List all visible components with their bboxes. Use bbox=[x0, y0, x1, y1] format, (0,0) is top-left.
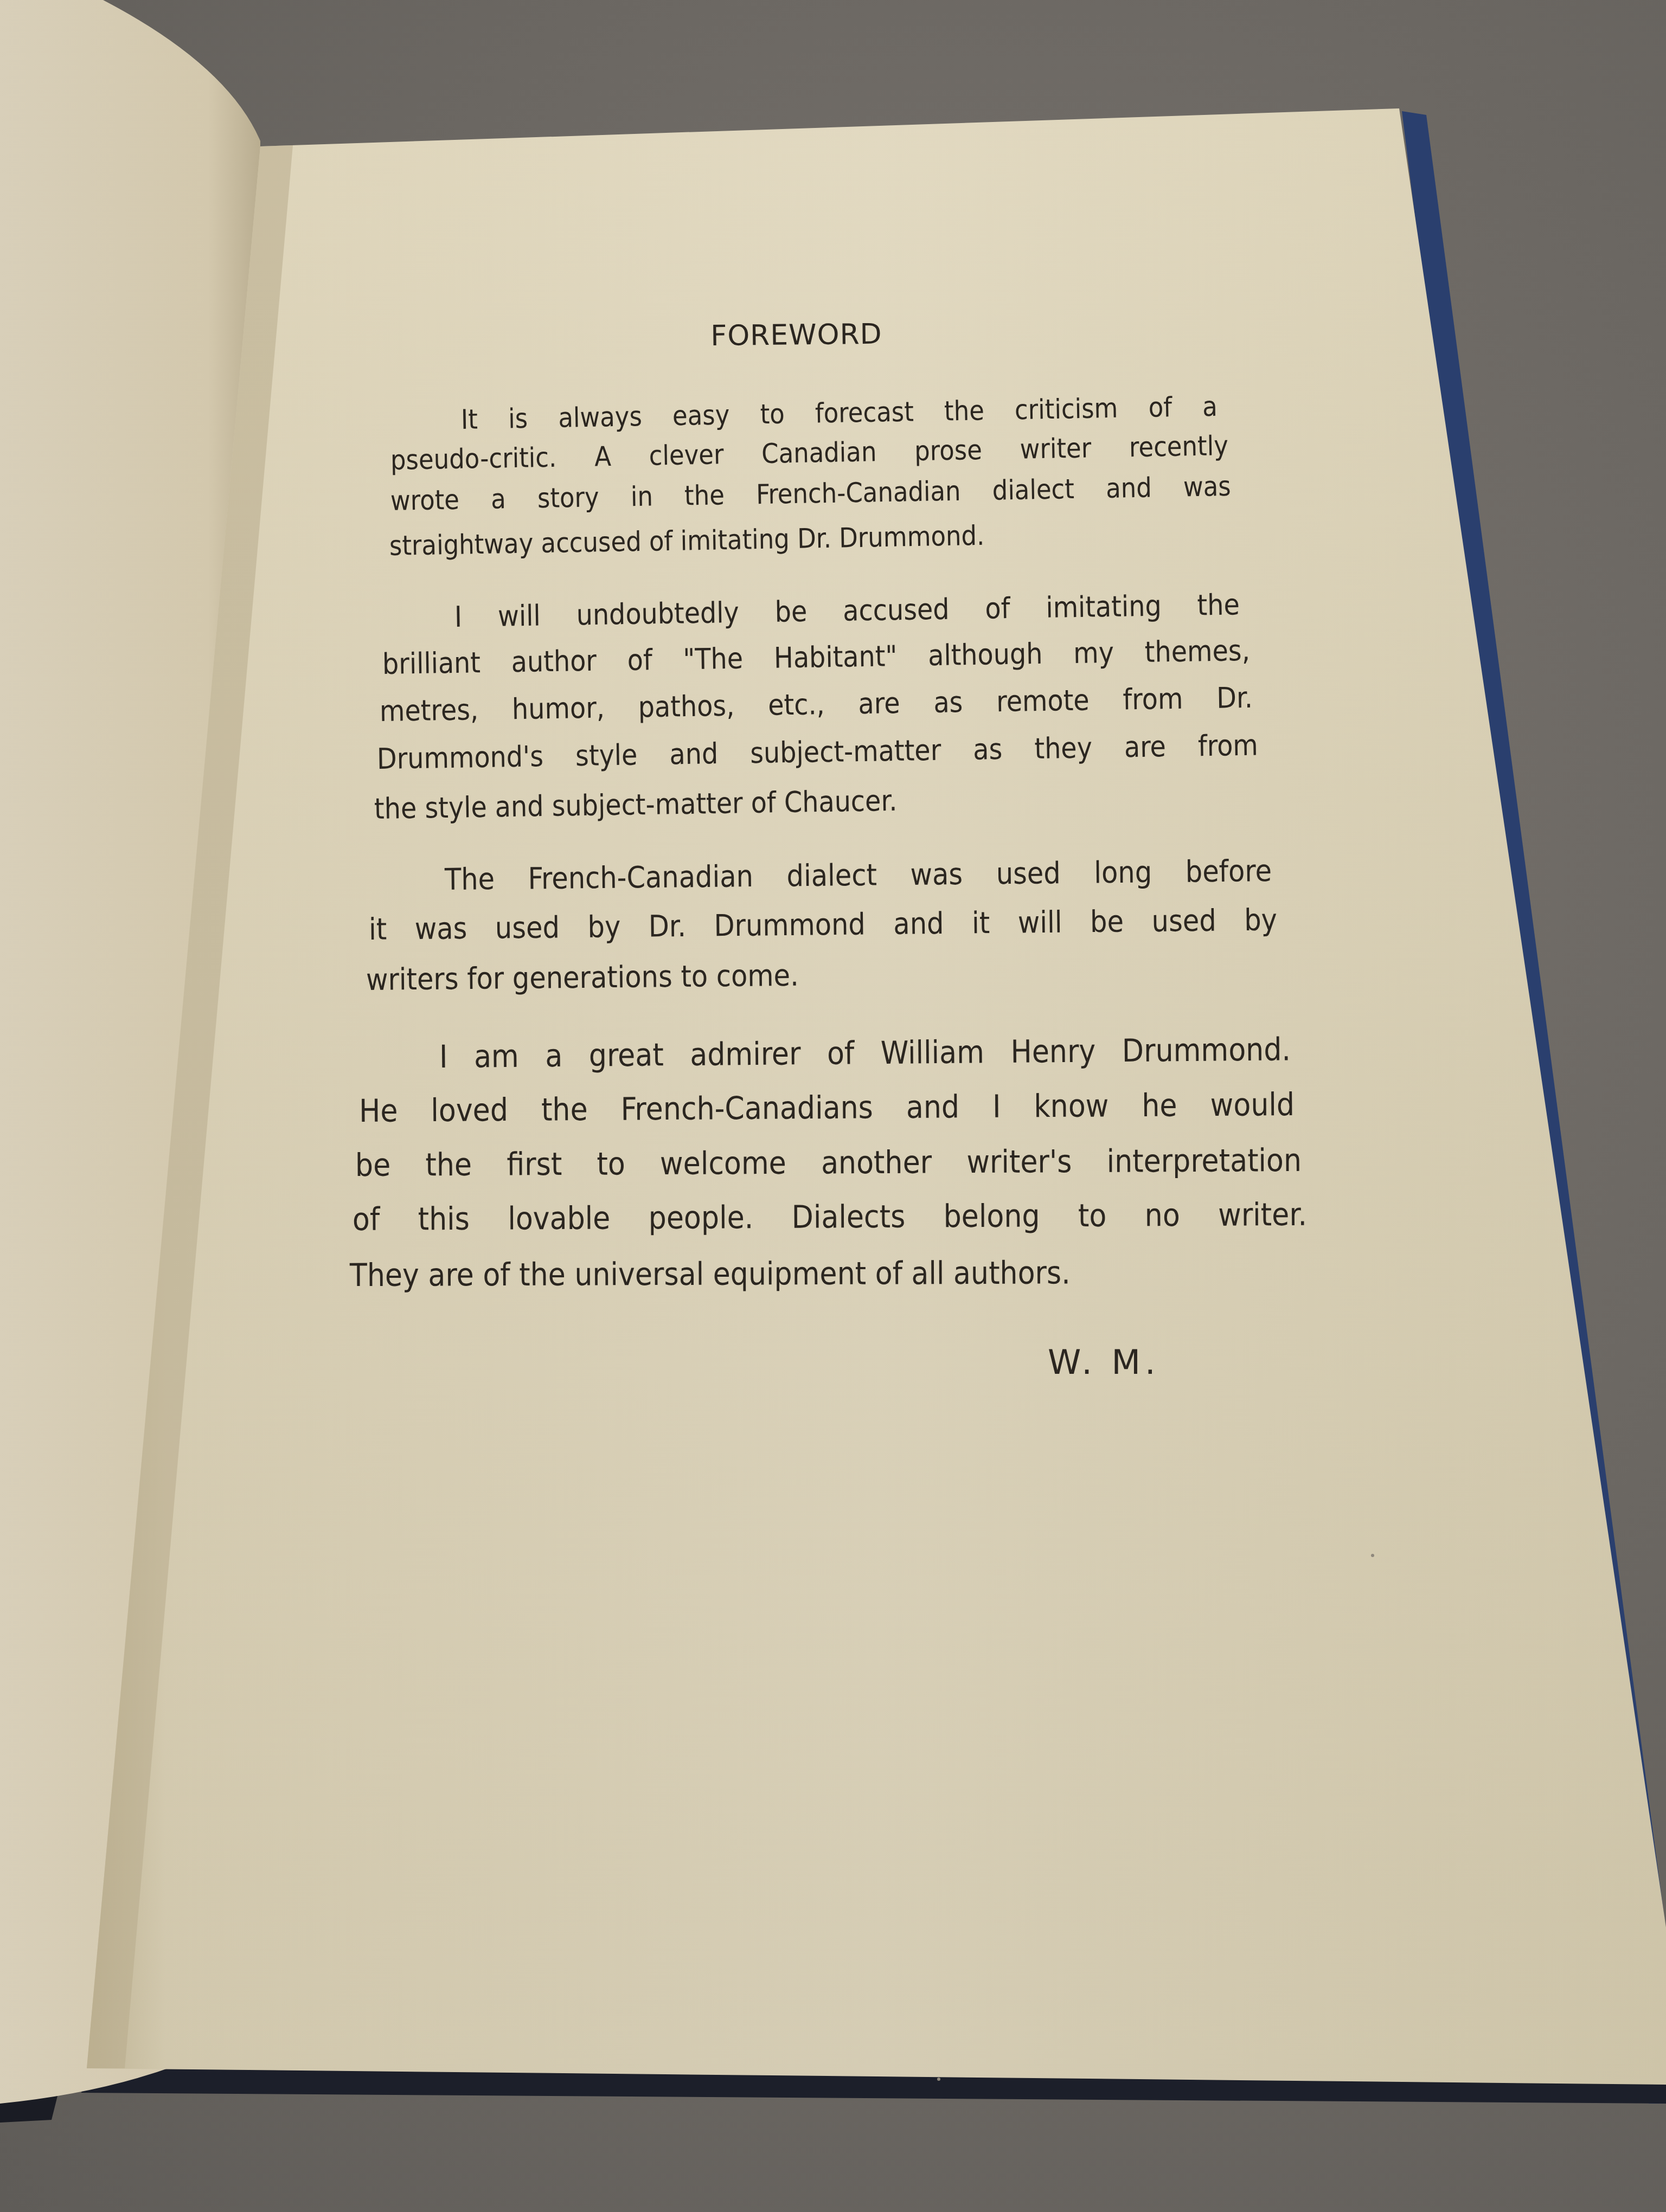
text-line: I will undoubtedly be accused of imitati… bbox=[454, 588, 1240, 634]
text-line: I am a great admirer of William Henry Dr… bbox=[439, 1031, 1291, 1075]
text-line: wrote a story in the French-Canadian dia… bbox=[390, 471, 1231, 517]
text-line: They are of the universal equipment of a… bbox=[350, 1253, 1234, 1294]
text-line: pseudo-critic. A clever Canadian prose w… bbox=[390, 430, 1228, 476]
text-line: of this lovable people. Dialects belong … bbox=[353, 1196, 1307, 1238]
foreword-text: FOREWORD It is always easy to forecast t… bbox=[0, 0, 1666, 2212]
text-line: be the first to welcome another writer's… bbox=[355, 1142, 1302, 1184]
text-line: brilliant author of "The Habitant" altho… bbox=[382, 634, 1251, 681]
text-line: It is always easy to forecast the critic… bbox=[460, 391, 1218, 435]
text-line: He loved the French-Canadians and I know… bbox=[359, 1086, 1295, 1129]
text-line: metres, humor, pathos, etc., are as remo… bbox=[380, 681, 1253, 728]
text-line: writers for generations to come. bbox=[366, 957, 895, 997]
text-line: straightway accused of imitating Dr. Dru… bbox=[389, 518, 1113, 562]
text-line: the style and subject-matter of Chaucer. bbox=[374, 782, 1023, 826]
text-line: Drummond's style and subject-matter as t… bbox=[377, 729, 1259, 776]
text-line: The French-Canadian dialect was used lon… bbox=[445, 853, 1272, 897]
page-title: FOREWORD bbox=[710, 318, 882, 352]
text-line: it was used by Dr. Drummond and it will … bbox=[369, 902, 1278, 947]
author-signature: W. M. bbox=[1048, 1342, 1160, 1382]
